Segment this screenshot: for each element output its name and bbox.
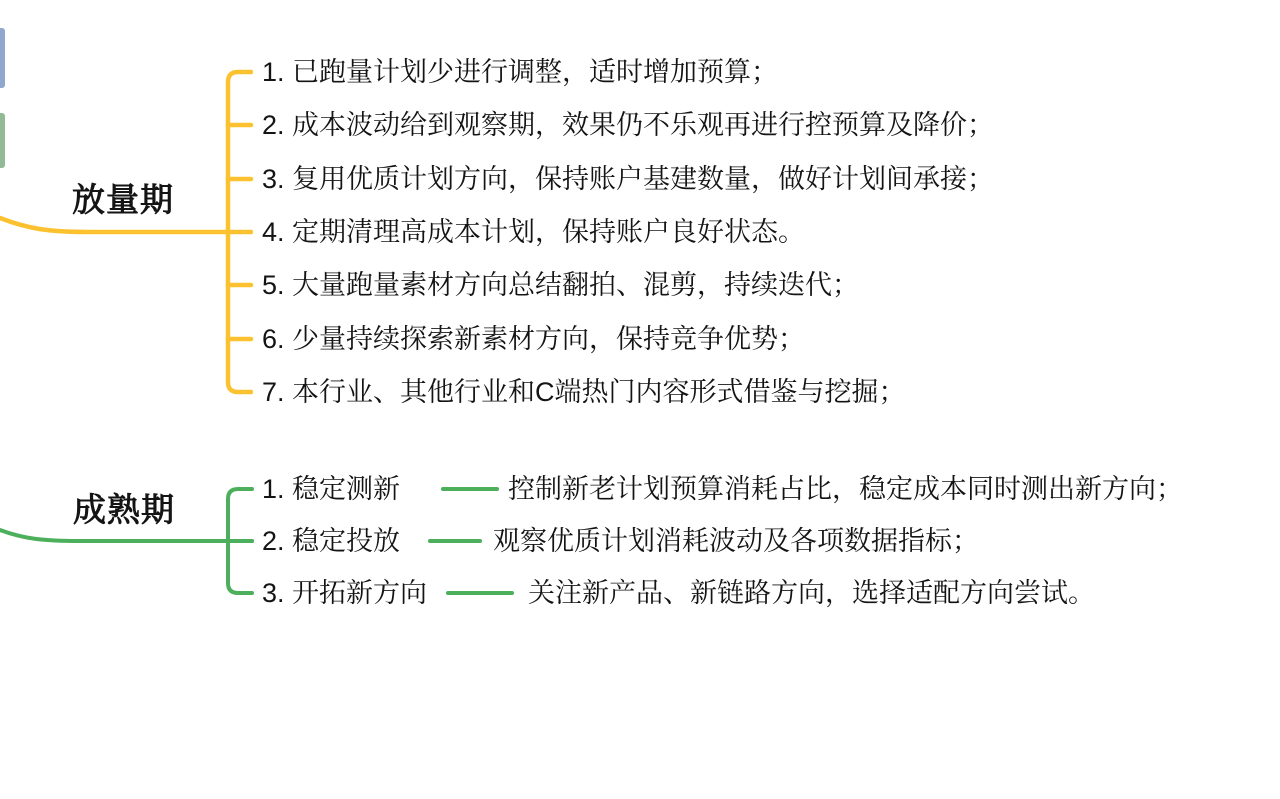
branch-node-volume-period[interactable]: 放量期	[72, 182, 174, 218]
mature-item-2-label[interactable]: 2. 稳定投放	[262, 521, 400, 561]
volume-item-2[interactable]: 2. 成本波动给到观察期，效果仍不乐观再进行控预算及降价；	[262, 105, 994, 145]
volume-item-6[interactable]: 6. 少量持续探索新素材方向，保持竞争优势；	[262, 319, 805, 359]
volume-item-7[interactable]: 7. 本行业、其他行业和C端热门内容形式借鉴与挖掘；	[262, 372, 906, 412]
mindmap-canvas: 放量期 1. 已跑量计划少进行调整，适时增加预算； 2. 成本波动给到观察期，效…	[0, 0, 1280, 799]
volume-item-3[interactable]: 3. 复用优质计划方向，保持账户基建数量，做好计划间承接；	[262, 159, 994, 199]
volume-branch-lines	[0, 72, 251, 392]
branch-node-mature-period[interactable]: 成熟期	[73, 492, 175, 528]
clipped-node-green-fragment	[0, 113, 5, 168]
volume-item-1[interactable]: 1. 已跑量计划少进行调整，适时增加预算；	[262, 52, 778, 92]
volume-main-line	[0, 218, 251, 232]
mature-item-3-desc[interactable]: 关注新产品、新链路方向，选择适配方向尝试。	[528, 573, 1095, 613]
mature-item-1-desc[interactable]: 控制新老计划预算消耗占比，稳定成本同时测出新方向；	[508, 469, 1183, 509]
clipped-node-blue-fragment	[0, 28, 5, 88]
mature-item-2-desc[interactable]: 观察优质计划消耗波动及各项数据指标；	[493, 521, 979, 561]
mature-main-line	[0, 530, 252, 541]
mature-item-1-label[interactable]: 1. 稳定测新	[262, 469, 400, 509]
volume-item-4[interactable]: 4. 定期清理高成本计划，保持账户良好状态。	[262, 212, 805, 252]
mature-item-3-label[interactable]: 3. 开拓新方向	[262, 573, 427, 613]
volume-item-5[interactable]: 5. 大量跑量素材方向总结翻拍、混剪，持续迭代；	[262, 265, 859, 305]
